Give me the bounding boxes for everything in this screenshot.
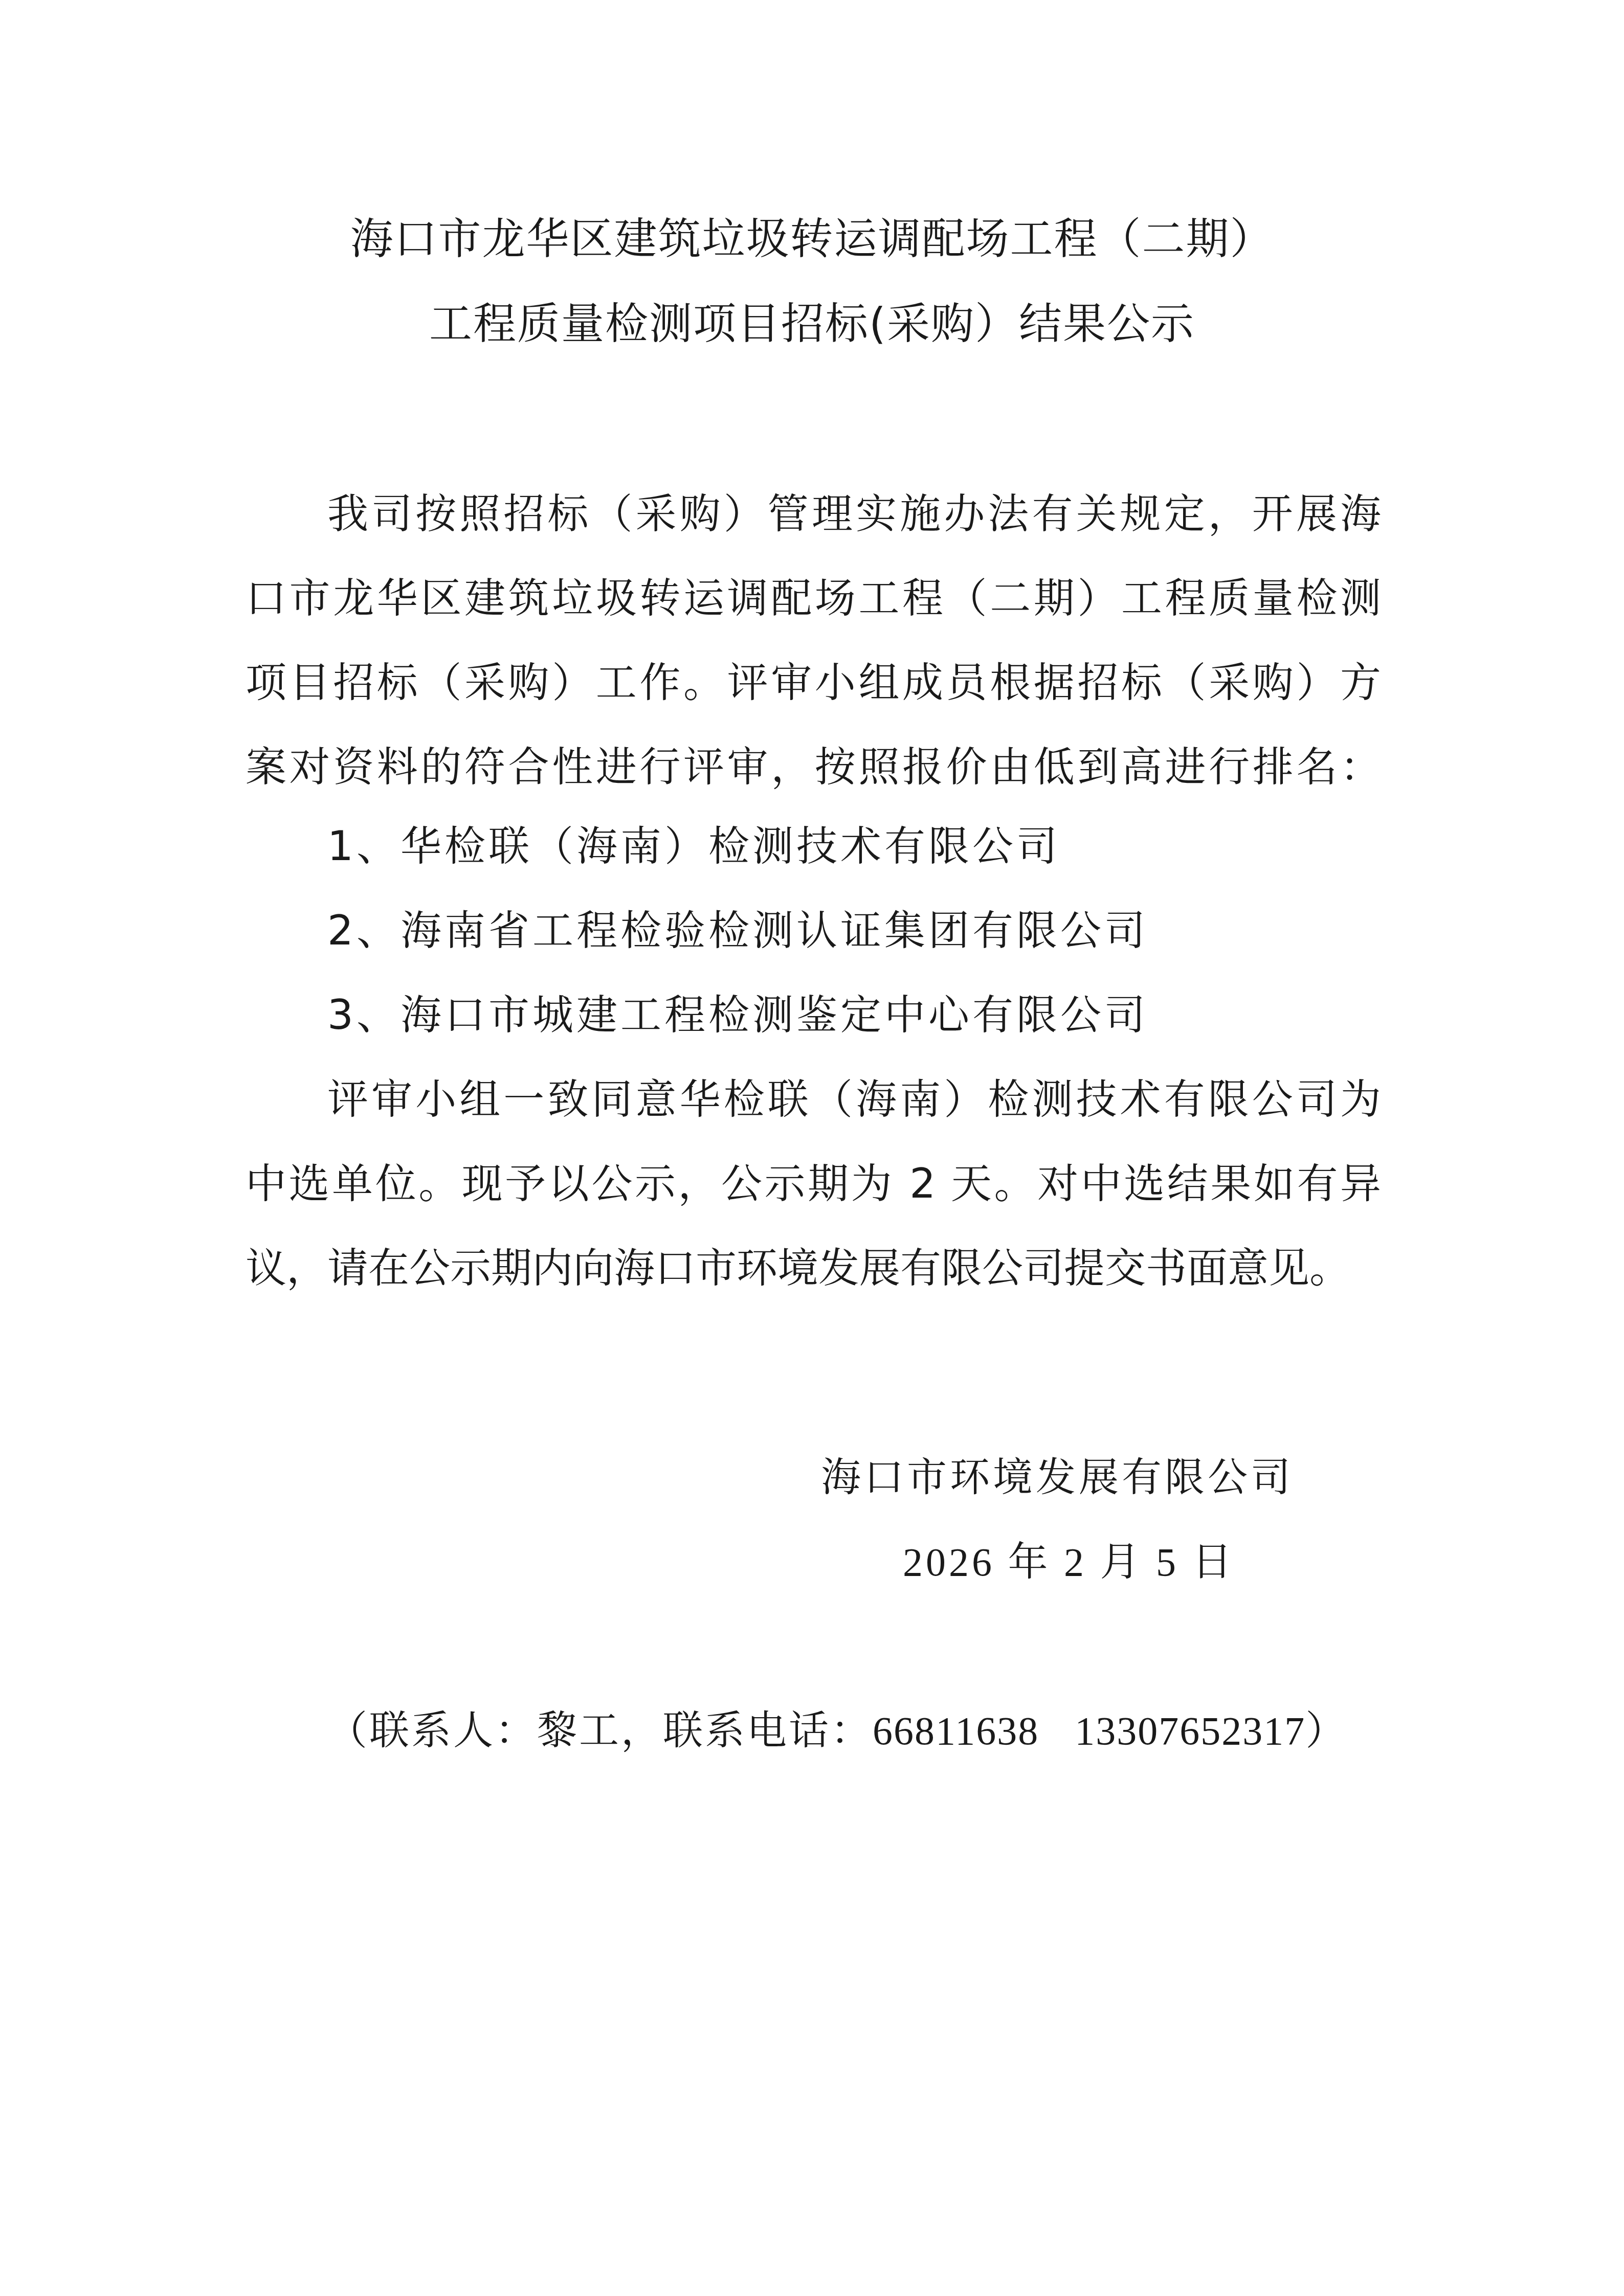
signature-company: 海口市环境发展有限公司 xyxy=(821,1450,1294,1506)
intro-line-2: 口市龙华区建筑垃圾转运调配场工程（二期）工程质量检测 xyxy=(246,570,1381,626)
signature-date: 2026 年 2 月 5 日 xyxy=(903,1534,1235,1590)
intro-line-1: 我司按照招标（采购）管理实施办法有关规定，开展海 xyxy=(327,486,1381,542)
date-month-unit: 月 xyxy=(1100,1539,1143,1585)
date-day-unit: 日 xyxy=(1192,1539,1235,1585)
contact-person-label: 联系人： xyxy=(369,1708,537,1754)
ranking-item-3: 3、海口市城建工程检测鉴定中心有限公司 xyxy=(327,987,1148,1043)
conclusion-line-1: 评审小组一致同意华检联（海南）检测技术有限公司为 xyxy=(327,1071,1381,1128)
contact-close-paren: ） xyxy=(1305,1708,1347,1754)
contact-phone-label: 联系电话： xyxy=(663,1708,873,1754)
document-title-line-2: 工程质量检测项目招标(采购）结果公示 xyxy=(0,296,1624,352)
contact-open-paren: （ xyxy=(327,1708,369,1754)
contact-info: （联系人：黎工，联系电话：6681163813307652317） xyxy=(327,1703,1347,1759)
document-page: 海口市龙华区建筑垃圾转运调配场工程（二期） 工程质量检测项目招标(采购）结果公示… xyxy=(0,0,1624,2296)
ranking-item-1: 1、华检联（海南）检测技术有限公司 xyxy=(327,818,1060,874)
contact-phone-2: 13307652317 xyxy=(1075,1708,1305,1753)
conclusion-line-3: 议，请在公示期内向海口市环境发展有限公司提交书面意见。 xyxy=(246,1240,1412,1296)
conclusion-line-2: 中选单位。现予以公示，公示期为 2 天。对中选结果如有异 xyxy=(246,1156,1381,1212)
intro-line-3: 项目招标（采购）工作。评审小组成员根据招标（采购）方 xyxy=(246,655,1381,711)
date-year-unit: 年 xyxy=(1008,1539,1051,1585)
contact-phone-1: 66811638 xyxy=(873,1708,1039,1753)
intro-line-4: 案对资料的符合性进行评审，按照报价由低到高进行排名： xyxy=(246,739,1381,795)
document-title-line-1: 海口市龙华区建筑垃圾转运调配场工程（二期） xyxy=(0,211,1624,267)
contact-person: 黎工， xyxy=(537,1708,663,1754)
date-year: 2026 xyxy=(903,1540,995,1584)
ranking-item-2: 2、海南省工程检验检测认证集团有限公司 xyxy=(327,903,1148,959)
date-day: 5 xyxy=(1156,1540,1179,1584)
date-month: 2 xyxy=(1064,1540,1087,1584)
